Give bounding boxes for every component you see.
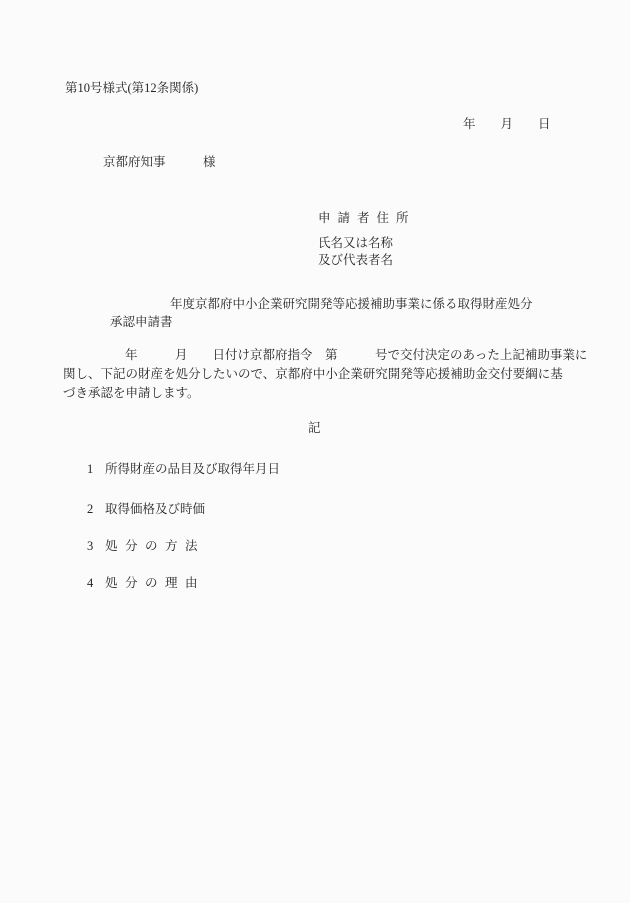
- applicant-address-label: 申請者住所: [318, 211, 416, 225]
- list-item-1-number: 1: [87, 462, 93, 476]
- form-number: 第10号様式(第12条関係): [65, 81, 198, 95]
- applicant-name-label-1: 氏名又は名称: [318, 236, 393, 250]
- document-title-line-1: 年度京都府中小企業研究開発等応援補助事業に係る取得財産処分: [170, 297, 533, 311]
- list-item-3-label: 処分の方法: [105, 539, 205, 553]
- list-item-2-number: 2: [87, 502, 93, 516]
- document-page: 第10号様式(第12条関係) 年 月 日 京都府知事 様 申請者住所 氏名又は名…: [0, 0, 630, 903]
- list-item-3-number: 3: [87, 539, 93, 553]
- document-title-line-2: 承認申請書: [110, 315, 173, 329]
- list-item-2-label: 取得価格及び時価: [105, 502, 205, 516]
- body-paragraph-line-3: づき承認を申請します。: [63, 386, 200, 400]
- applicant-name-label-2: 及び代表者名: [318, 253, 393, 267]
- addressee-line: 京都府知事 様: [103, 155, 216, 169]
- date-blank-line: 年 月 日: [463, 117, 551, 131]
- list-item-4-label: 処分の理由: [105, 576, 205, 590]
- body-paragraph-line-2: 関し、下記の財産を処分したいので、京都府中小企業研究開発等応援補助金交付要綱に基: [63, 367, 563, 381]
- list-item-4-number: 4: [87, 576, 93, 590]
- list-item-1-label: 所得財産の品目及び取得年月日: [105, 462, 280, 476]
- body-paragraph-line-1: 年 月 日付け京都府指令 第 号で交付決定のあった上記補助事業に: [125, 348, 587, 362]
- record-marker: 記: [308, 421, 321, 435]
